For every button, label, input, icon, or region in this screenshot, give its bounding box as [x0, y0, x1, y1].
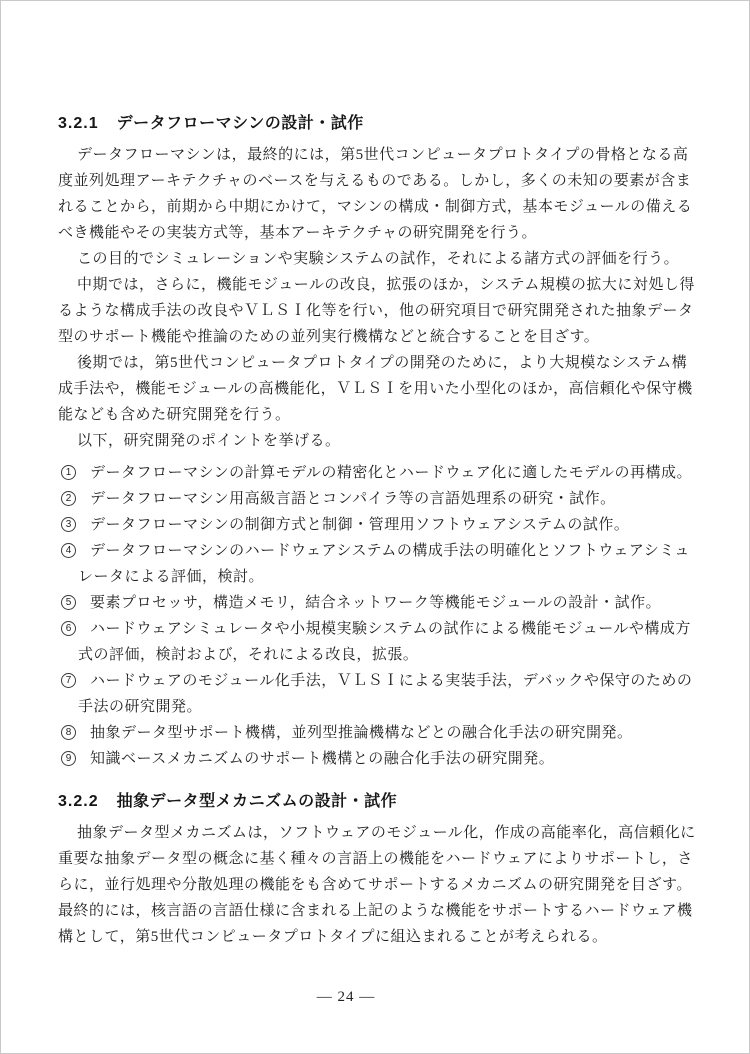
- research-points-list: 1データフローマシンの計算モデルの精密化とハードウェア化に適したモデルの再構成。…: [58, 460, 749, 772]
- paragraph-line: 構として，第5世代コンピュータプロトタイプに組込まれることが考えられる。: [58, 924, 749, 950]
- paragraph-line: 能なども含めた研究開発を行う。: [58, 402, 749, 428]
- paragraph: 抽象データ型メカニズムは，ソフトウェアのモジュール化，作成の高能率化，高信頼化に…: [58, 820, 749, 950]
- page-content: 3.2.1データフローマシンの設計・試作 データフローマシンは，最終的には，第5…: [1, 1, 749, 950]
- item-number-badge: 2: [61, 491, 76, 506]
- section-heading-3-2-2: 3.2.2抽象データ型メカニズムの設計・試作: [58, 793, 749, 810]
- item-text: 知識ベースメカニズムのサポート機構との融合化手法の研究開発。: [90, 751, 554, 767]
- list-item-line: 3データフローマシンの制御方式と制御・管理用ソフトウェアシステムの試作。: [58, 512, 749, 538]
- paragraph-line: 以下，研究開発のポイントを挙げる。: [58, 428, 749, 454]
- item-number-badge: 6: [61, 621, 76, 636]
- list-item: 9知識ベースメカニズムのサポート機構との融合化手法の研究開発。: [58, 746, 749, 772]
- item-text: ハードウェアのモジュール化手法，ＶＬＳＩによる実装手法，デバックや保守のための: [90, 673, 692, 689]
- paragraph-line: 成手法や，機能モジュールの高機能化，ＶＬＳＩを用いた小型化のほか，高信頼化や保守…: [58, 376, 749, 402]
- item-text: データフローマシンの制御方式と制御・管理用ソフトウェアシステムの試作。: [90, 517, 629, 533]
- section-number: 3.2.2: [58, 793, 99, 810]
- paragraph-line: 中期では，さらに，機能モジュールの改良，拡張のほか，システム規模の拡大に対処し得: [58, 272, 749, 298]
- item-text: ハードウェアシミュレータや小規模実験システムの試作による機能モジュールや構成方: [90, 621, 691, 637]
- list-item: 3データフローマシンの制御方式と制御・管理用ソフトウェアシステムの試作。: [58, 512, 749, 538]
- list-item-line: 4データフローマシンのハードウェアシステムの構成手法の明確化とソフトウェアシミュ: [58, 538, 749, 564]
- item-text: データフローマシンの計算モデルの精密化とハードウェア化に適したモデルの再構成。: [90, 465, 692, 481]
- list-item: 4データフローマシンのハードウェアシステムの構成手法の明確化とソフトウェアシミュ…: [58, 538, 749, 590]
- paragraph: データフローマシンは，最終的には，第5世代コンピュータプロトタイプの骨格となる高…: [58, 142, 749, 246]
- list-item: 5要素プロセッサ，構造メモリ，結合ネットワーク等機能モジュールの設計・試作。: [58, 590, 749, 616]
- paragraph-line: この目的でシミュレーションや実験システムの試作，それによる諸方式の評価を行う。: [58, 246, 749, 272]
- item-number-badge: 8: [61, 725, 76, 740]
- paragraph-line: 抽象データ型メカニズムは，ソフトウェアのモジュール化，作成の高能率化，高信頼化に: [58, 820, 749, 846]
- list-item-line: 式の評価，検討および，それによる改良，拡張。: [58, 642, 749, 668]
- paragraph-line: るような構成手法の改良やＶＬＳＩ化等を行い，他の研究項目で研究開発された抽象デー…: [58, 298, 749, 324]
- list-item: 2データフローマシン用高級言語とコンパイラ等の言語処理系の研究・試作。: [58, 486, 749, 512]
- item-number-badge: 4: [61, 543, 76, 558]
- item-text: 要素プロセッサ，構造メモリ，結合ネットワーク等機能モジュールの設計・試作。: [90, 595, 661, 611]
- item-number-badge: 3: [61, 517, 76, 532]
- list-item-line: 7ハードウェアのモジュール化手法，ＶＬＳＩによる実装手法，デバックや保守のための: [58, 668, 749, 694]
- paragraph-line: 最終的には，核言語の言語仕様に含まれる上記のような機能をサポートするハードウェア…: [58, 898, 749, 924]
- section-heading-3-2-1: 3.2.1データフローマシンの設計・試作: [58, 115, 749, 132]
- list-item: 6ハードウェアシミュレータや小規模実験システムの試作による機能モジュールや構成方…: [58, 616, 749, 668]
- item-text: データフローマシン用高級言語とコンパイラ等の言語処理系の研究・試作。: [90, 491, 616, 507]
- paragraph-line: れることから，前期から中期にかけて，マシンの構成・制御方式，基本モジュールの備え…: [58, 194, 749, 220]
- list-item-line: レータによる評価，検討。: [58, 564, 749, 590]
- section-title: データフローマシンの設計・試作: [117, 115, 364, 132]
- document-page: 3.2.1データフローマシンの設計・試作 データフローマシンは，最終的には，第5…: [0, 0, 750, 1054]
- paragraph: この目的でシミュレーションや実験システムの試作，それによる諸方式の評価を行う。: [58, 246, 749, 272]
- list-item-line: 8抽象データ型サポート機構，並列型推論機構などとの融合化手法の研究開発。: [58, 720, 749, 746]
- list-item-line: 5要素プロセッサ，構造メモリ，結合ネットワーク等機能モジュールの設計・試作。: [58, 590, 749, 616]
- paragraph: 以下，研究開発のポイントを挙げる。: [58, 428, 749, 454]
- paragraph-line: べき機能やその実装方式等，基本アーキテクチャの研究開発を行う。: [58, 220, 749, 246]
- item-number-badge: 7: [61, 673, 76, 688]
- paragraph-line: データフローマシンは，最終的には，第5世代コンピュータプロトタイプの骨格となる高: [58, 142, 749, 168]
- item-number-badge: 1: [61, 465, 76, 480]
- item-number-badge: 9: [61, 751, 76, 766]
- item-text: データフローマシンのハードウェアシステムの構成手法の明確化とソフトウェアシミュ: [90, 543, 690, 559]
- page-number: — 24 —: [1, 989, 691, 1006]
- paragraph-line: らに，並行処理や分散処理の機能をも含めてサポートするメカニズムの研究開発を目ざす…: [58, 872, 749, 898]
- item-text: 抽象データ型サポート機構，並列型推論機構などとの融合化手法の研究開発。: [90, 725, 633, 741]
- list-item: 8抽象データ型サポート機構，並列型推論機構などとの融合化手法の研究開発。: [58, 720, 749, 746]
- section-title: 抽象データ型メカニズムの設計・試作: [117, 793, 398, 810]
- paragraph: 中期では，さらに，機能モジュールの改良，拡張のほか，システム規模の拡大に対処し得…: [58, 272, 749, 350]
- list-item: 1データフローマシンの計算モデルの精密化とハードウェア化に適したモデルの再構成。: [58, 460, 749, 486]
- section-number: 3.2.1: [58, 115, 99, 132]
- paragraph-line: 度並列処理アーキテクチャのベースを与えるものである。しかし，多くの未知の要素が含…: [58, 168, 749, 194]
- list-item-line: 手法の研究開発。: [58, 694, 749, 720]
- item-number-badge: 5: [61, 595, 76, 610]
- list-item-line: 2データフローマシン用高級言語とコンパイラ等の言語処理系の研究・試作。: [58, 486, 749, 512]
- list-item-line: 6ハードウェアシミュレータや小規模実験システムの試作による機能モジュールや構成方: [58, 616, 749, 642]
- paragraph-line: 後期では，第5世代コンピュータプロトタイプの開発のために，より大規模なシステム構: [58, 350, 749, 376]
- list-item: 7ハードウェアのモジュール化手法，ＶＬＳＩによる実装手法，デバックや保守のための…: [58, 668, 749, 720]
- paragraph-line: 型のサポート機能や推論のための並列実行機構などと統合することを目ざす。: [58, 324, 749, 350]
- list-item-line: 1データフローマシンの計算モデルの精密化とハードウェア化に適したモデルの再構成。: [58, 460, 749, 486]
- paragraph-line: 重要な抽象データ型の概念に基く種々の言語上の機能をハードウェアによりサポートし，…: [58, 846, 749, 872]
- paragraph: 後期では，第5世代コンピュータプロトタイプの開発のために，より大規模なシステム構…: [58, 350, 749, 428]
- list-item-line: 9知識ベースメカニズムのサポート機構との融合化手法の研究開発。: [58, 746, 749, 772]
